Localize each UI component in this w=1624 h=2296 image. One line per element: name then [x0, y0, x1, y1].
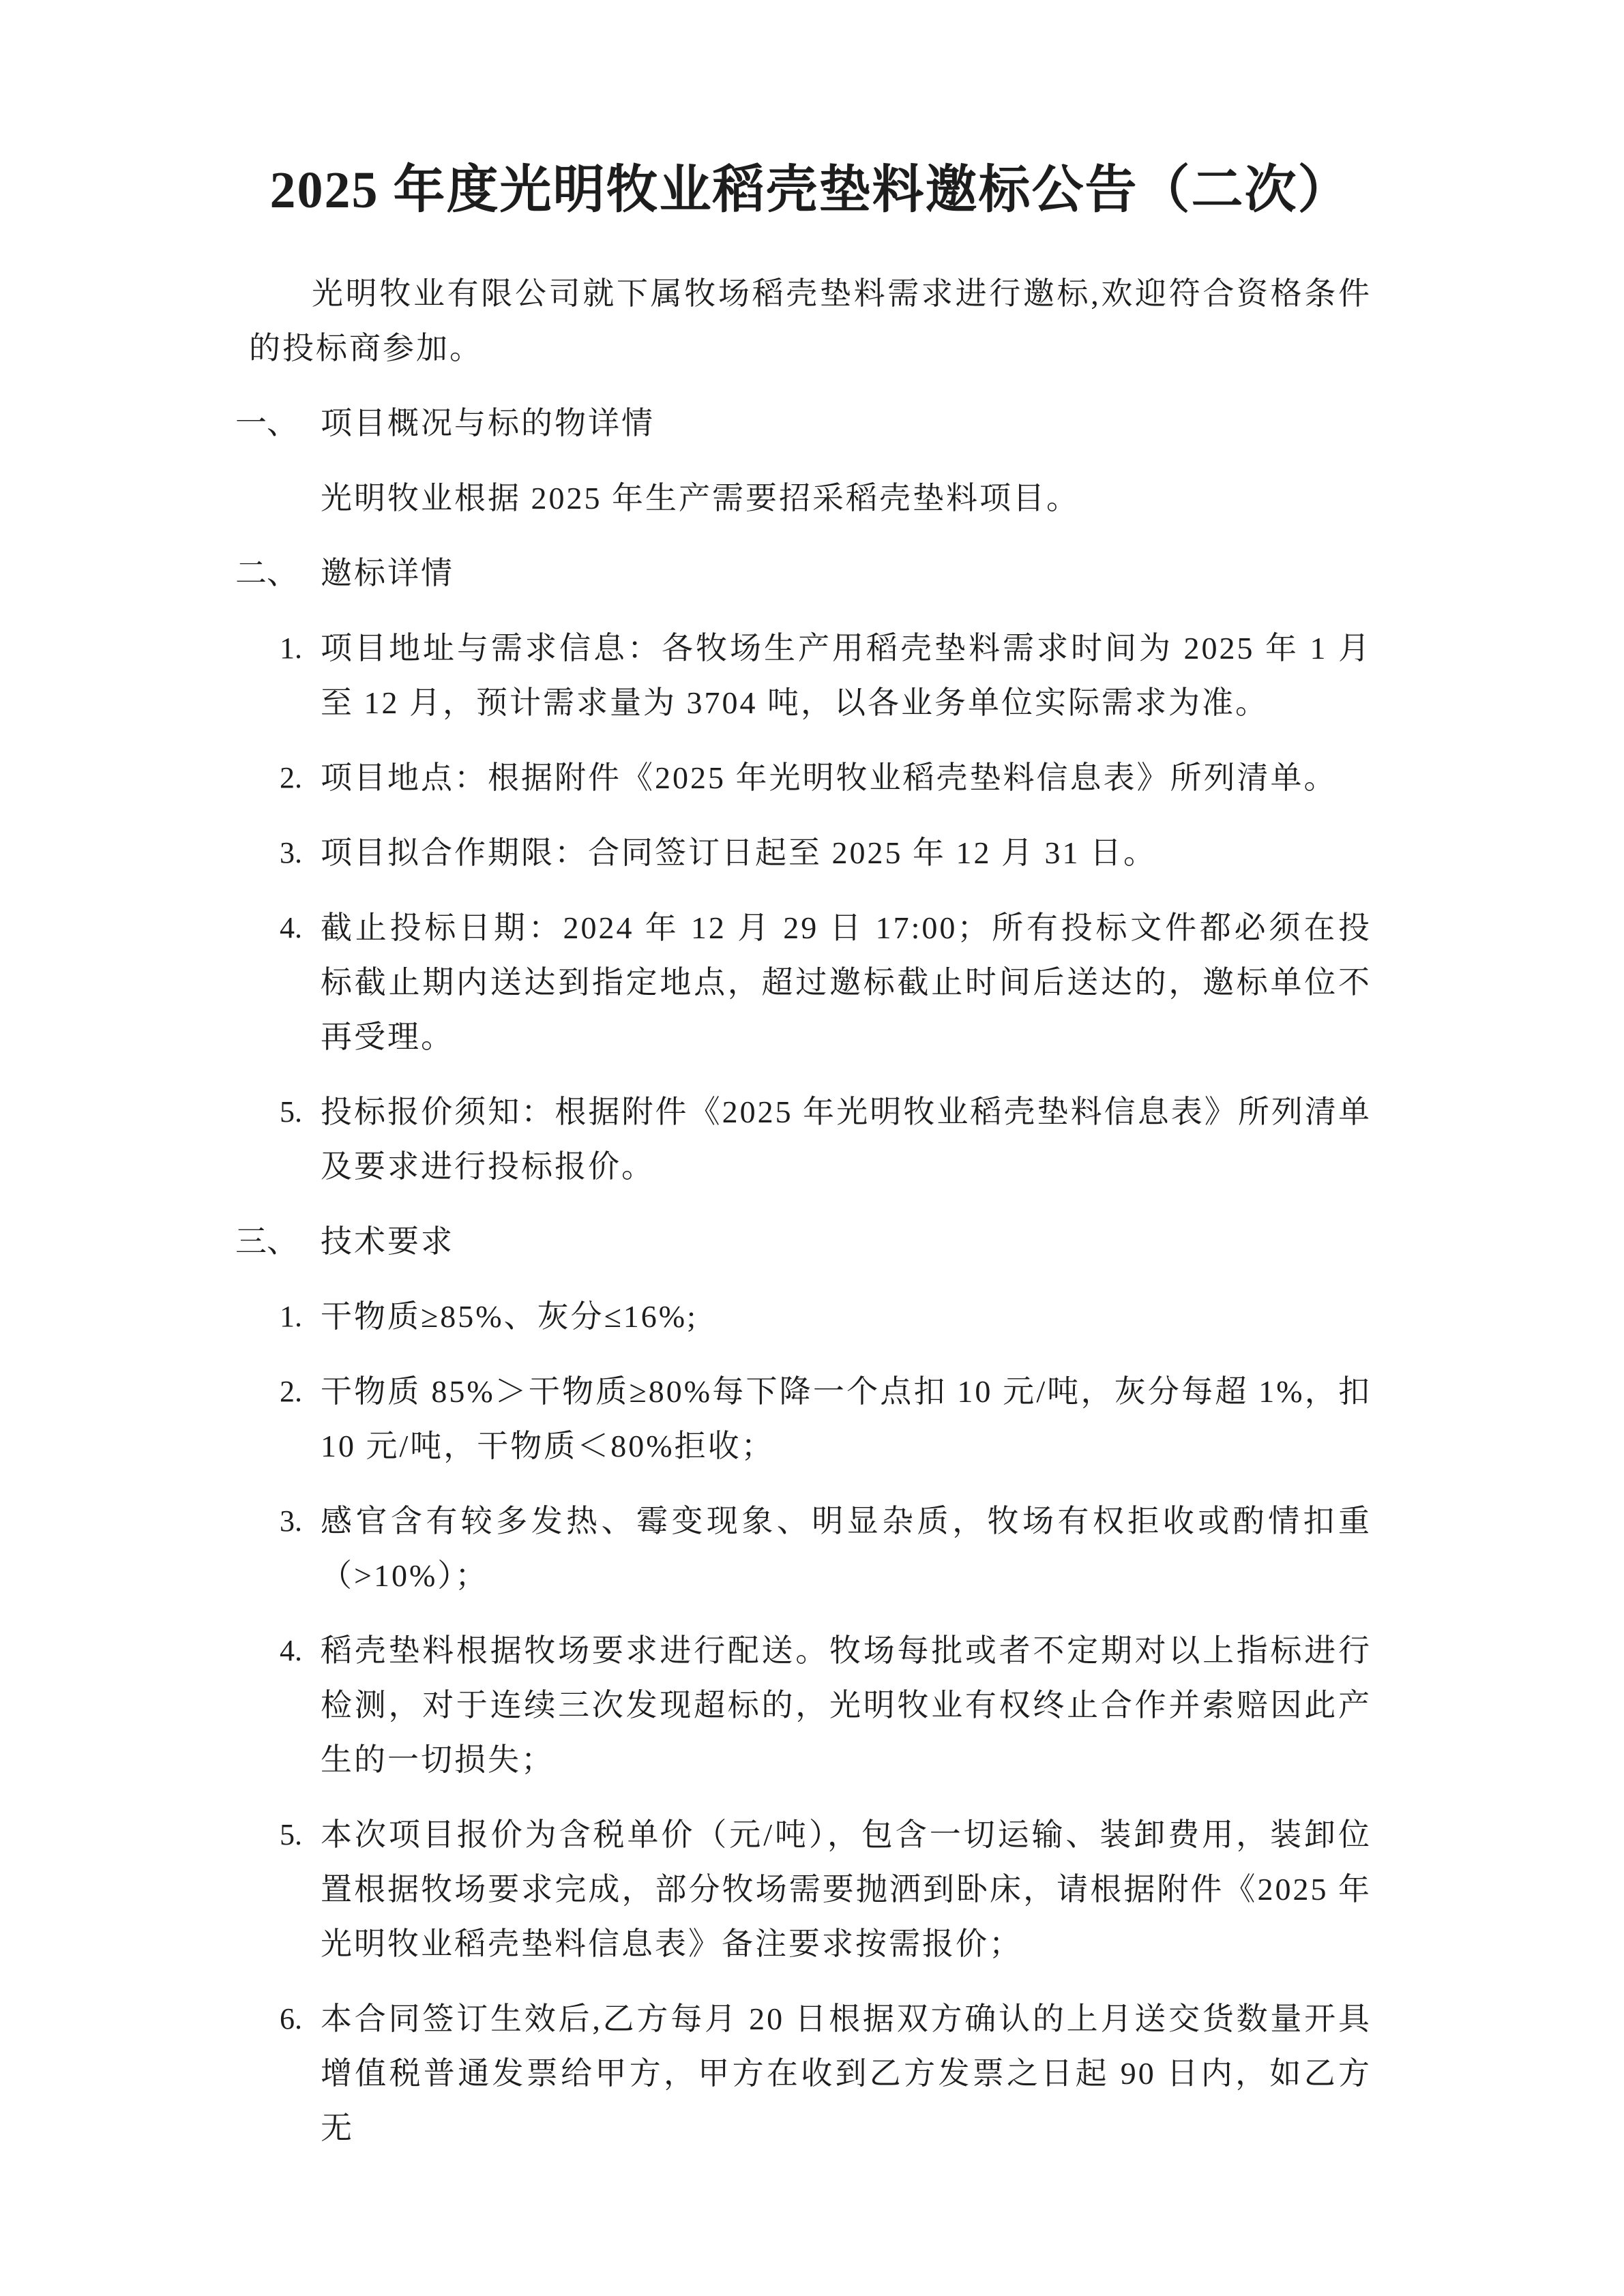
item-text: 感官含有较多发热、霉变现象、明显杂质，牧场有权拒收或酌情扣重（>10%）； [321, 1494, 1372, 1603]
item-number: 3. [280, 1494, 302, 1549]
technical-requirement-item-2: 2. 干物质 85%＞干物质≥80%每下降一个点扣 10 元/吨，灰分每超 1%… [321, 1365, 1372, 1474]
technical-requirement-item-5: 5. 本次项目报价为含税单价（元/吨），包含一切运输、装卸费用，装卸位置根据牧场… [321, 1808, 1372, 1971]
technical-requirement-item-4: 4. 稻壳垫料根据牧场要求进行配送。牧场每批或者不定期对以上指标进行检测，对于连… [321, 1624, 1372, 1787]
section-heading-overview: 一、项目概况与标的物详情 [235, 396, 1372, 451]
section-heading-technical-requirements: 三、技术要求 [235, 1214, 1372, 1269]
item-text: 稻壳垫料根据牧场要求进行配送。牧场每批或者不定期对以上指标进行检测，对于连续三次… [321, 1624, 1372, 1787]
item-text: 截止投标日期：2024 年 12 月 29 日 17:00；所有投标文件都必须在… [321, 901, 1372, 1064]
tender-detail-item-2: 2. 项目地点：根据附件《2025 年光明牧业稻壳垫料信息表》所列清单。 [321, 751, 1372, 805]
item-number: 1. [280, 621, 302, 676]
technical-requirement-item-6: 6. 本合同签订生效后,乙方每月 20 日根据双方确认的上月送交货数量开具增值税… [321, 1992, 1372, 2156]
item-number: 4. [280, 1624, 302, 1678]
item-text: 投标报价须知：根据附件《2025 年光明牧业稻壳垫料信息表》所列清单及要求进行投… [321, 1085, 1372, 1194]
item-text: 项目地址与需求信息：各牧场生产用稻壳垫料需求时间为 2025 年 1 月至 12… [321, 621, 1372, 730]
section-heading-label: 技术要求 [321, 1214, 454, 1269]
section-number: 一、 [235, 396, 321, 451]
section-number: 三、 [235, 1214, 321, 1269]
item-text: 干物质 85%＞干物质≥80%每下降一个点扣 10 元/吨，灰分每超 1%，扣 … [321, 1365, 1372, 1474]
item-text: 干物质≥85%、灰分≤16%; [321, 1289, 1372, 1344]
item-text: 本合同签订生效后,乙方每月 20 日根据双方确认的上月送交货数量开具增值税普通发… [321, 1992, 1372, 2156]
technical-requirement-item-3: 3. 感官含有较多发热、霉变现象、明显杂质，牧场有权拒收或酌情扣重（>10%）； [321, 1494, 1372, 1603]
item-number: 6. [280, 1992, 302, 2046]
tender-detail-item-3: 3. 项目拟合作期限：合同签订日起至 2025 年 12 月 31 日。 [321, 826, 1372, 880]
item-number: 5. [280, 1808, 302, 1862]
item-text: 本次项目报价为含税单价（元/吨），包含一切运输、装卸费用，装卸位置根据牧场要求完… [321, 1808, 1372, 1971]
technical-requirement-item-1: 1. 干物质≥85%、灰分≤16%; [321, 1289, 1372, 1344]
tender-detail-item-4: 4. 截止投标日期：2024 年 12 月 29 日 17:00；所有投标文件都… [321, 901, 1372, 1064]
item-number: 2. [280, 751, 302, 805]
tender-detail-item-5: 5. 投标报价须知：根据附件《2025 年光明牧业稻壳垫料信息表》所列清单及要求… [321, 1085, 1372, 1194]
section-heading-label: 项目概况与标的物详情 [321, 396, 655, 451]
document-page: 2025 年度光明牧业稻壳垫料邀标公告（二次） 光明牧业有限公司就下属牧场稻壳垫… [0, 0, 1624, 2296]
section-heading-label: 邀标详情 [321, 546, 454, 601]
document-title: 2025 年度光明牧业稻壳垫料邀标公告（二次） [222, 155, 1399, 226]
item-number: 1. [280, 1289, 302, 1344]
intro-paragraph: 光明牧业有限公司就下属牧场稻壳垫料需求进行邀标,欢迎符合资格条件的投标商参加。 [249, 267, 1372, 376]
tender-detail-item-1: 1. 项目地址与需求信息：各牧场生产用稻壳垫料需求时间为 2025 年 1 月至… [321, 621, 1372, 730]
item-number: 5. [280, 1085, 302, 1139]
item-number: 4. [280, 901, 302, 955]
overview-paragraph: 光明牧业根据 2025 年生产需要招采稻壳垫料项目。 [321, 471, 1372, 526]
item-number: 3. [280, 826, 302, 880]
item-number: 2. [280, 1365, 302, 1419]
section-number: 二、 [235, 546, 321, 601]
item-text: 项目拟合作期限：合同签订日起至 2025 年 12 月 31 日。 [321, 826, 1372, 880]
item-text: 项目地点：根据附件《2025 年光明牧业稻壳垫料信息表》所列清单。 [321, 751, 1372, 805]
section-heading-tender-details: 二、邀标详情 [235, 546, 1372, 601]
